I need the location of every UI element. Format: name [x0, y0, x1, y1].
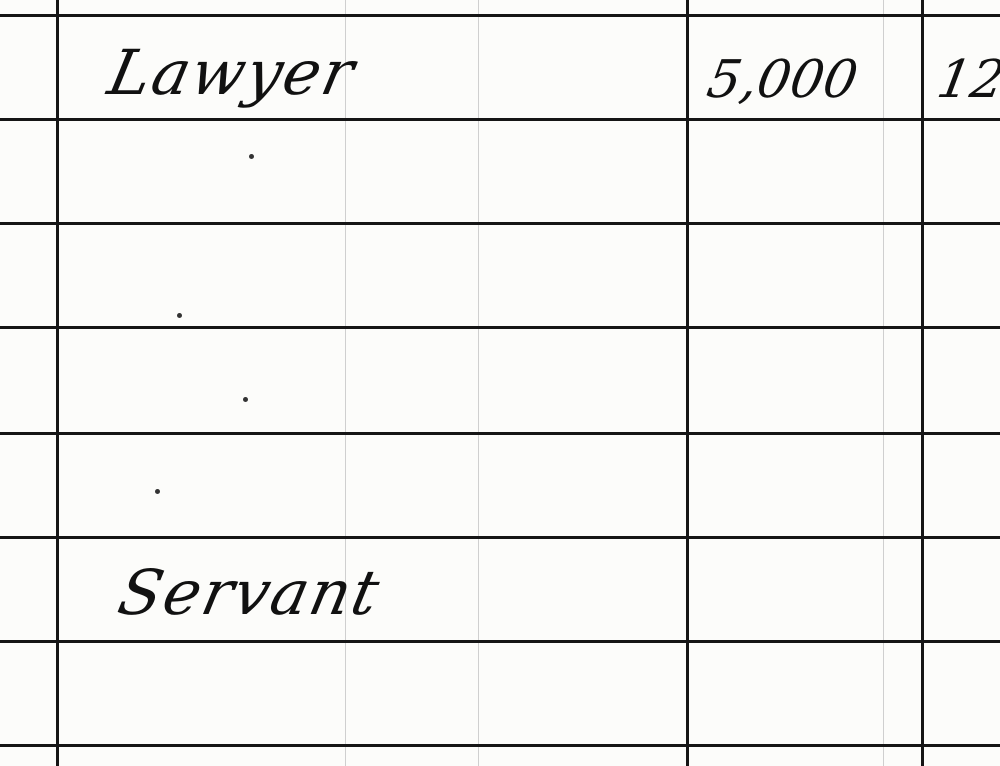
occupation-entry: Lawyer: [102, 36, 362, 109]
row-divider: [0, 640, 1000, 643]
faint-rule: [883, 0, 884, 766]
value-entry: 5,000: [703, 50, 862, 110]
column-divider: [686, 0, 689, 766]
row-divider: [0, 118, 1000, 121]
ink-dot: [243, 397, 248, 402]
ink-dot: [177, 313, 182, 318]
column-divider: [56, 0, 59, 766]
partial-entry: 12: [933, 50, 1000, 110]
ink-dot: [155, 489, 160, 494]
ink-dot: [249, 154, 254, 159]
row-divider: [0, 326, 1000, 329]
faint-rule: [478, 0, 479, 766]
row-divider: [0, 432, 1000, 435]
occupation-entry: Servant: [112, 556, 387, 629]
row-divider: [0, 14, 1000, 17]
row-divider: [0, 536, 1000, 539]
row-divider: [0, 744, 1000, 747]
column-divider: [921, 0, 924, 766]
row-divider: [0, 222, 1000, 225]
ledger-page: Lawyer 5,000 12 Servant: [0, 0, 1000, 766]
faint-rule: [345, 0, 346, 766]
